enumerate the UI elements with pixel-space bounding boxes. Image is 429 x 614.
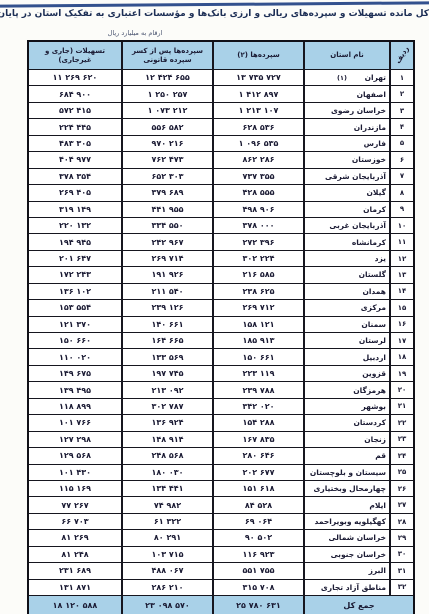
deposits-value: ۱ ۰۹۶ ۵۳۵ bbox=[212, 135, 303, 151]
province-name: فارس bbox=[303, 135, 389, 151]
deposits-after-legal-value: ۶۵۲ ۳۰۳ bbox=[121, 168, 212, 184]
deposits-value: ۱ ۲۱۳ ۱۰۷ bbox=[212, 102, 303, 118]
row-number: ۱۶ bbox=[389, 316, 413, 332]
row-number: ۳ bbox=[389, 102, 413, 118]
deposits-after-legal-value: ۲۴۸ ۵۶۸ bbox=[121, 447, 212, 463]
province-deposits-table: ردیف نام استان سپرده‌ها (۲) سپرده‌ها پس … bbox=[27, 40, 415, 614]
deposits-value: ۳۴۲ ۰۲۰ bbox=[212, 398, 303, 414]
deposits-after-legal-value: ۱۴۰ ۶۶۱ bbox=[121, 316, 212, 332]
facilities-value: ۱۰۱ ۷۶۶ bbox=[29, 414, 121, 430]
province-name: زنجان bbox=[303, 431, 389, 447]
deposits-after-legal-value: ۴۸۸ ۰۶۷ bbox=[121, 562, 212, 578]
row-number: ۲۳ bbox=[389, 431, 413, 447]
row-number: ۲۷ bbox=[389, 496, 413, 512]
deposits-value: ۵۵۱ ۷۵۵ bbox=[212, 562, 303, 578]
province-name: خوزستان bbox=[303, 151, 389, 167]
facilities-value: ۱۰۱ ۴۳۰ bbox=[29, 464, 121, 480]
facilities-value: ۱۵۰ ۶۶۰ bbox=[29, 332, 121, 348]
deposits-after-legal-value: ۲۸۶ ۲۱۰ bbox=[121, 579, 212, 595]
deposits-after-legal-value: ۱۴۸ ۹۱۴ bbox=[121, 431, 212, 447]
row-number: ۱۳ bbox=[389, 266, 413, 282]
province-name: اصفهان bbox=[303, 85, 389, 101]
province-name: تهران(۱) bbox=[303, 69, 389, 85]
facilities-value: ۴۰۴ ۹۷۷ bbox=[29, 151, 121, 167]
deposits-value: ۲۱۶ ۵۸۵ bbox=[212, 266, 303, 282]
deposits-value: ۱۵۸ ۱۲۱ bbox=[212, 316, 303, 332]
deposits-after-legal-value: ۲۱۱ ۵۴۰ bbox=[121, 283, 212, 299]
row-number: ۲۰ bbox=[389, 381, 413, 397]
row-number: ۱۹ bbox=[389, 365, 413, 381]
deposits-value: ۲۸۰ ۶۴۶ bbox=[212, 447, 303, 463]
row-number: ۱۰ bbox=[389, 217, 413, 233]
province-name: سیستان و بلوچستان bbox=[303, 464, 389, 480]
facilities-value: ۶۸۴ ۹۰۰ bbox=[29, 85, 121, 101]
province-name: قم bbox=[303, 447, 389, 463]
facilities-value: ۱۲۹ ۵۶۸ bbox=[29, 447, 121, 463]
deposits-after-legal-value: ۳۷۹ ۶۸۹ bbox=[121, 184, 212, 200]
facilities-value: ۱۲۷ ۲۹۸ bbox=[29, 431, 121, 447]
deposits-value: ۱۵۰ ۶۶۱ bbox=[212, 348, 303, 364]
row-number: ۷ bbox=[389, 168, 413, 184]
deposits-after-legal-value: ۱۹۱ ۹۲۶ bbox=[121, 266, 212, 282]
row-number: ۴ bbox=[389, 118, 413, 134]
deposits-after-legal-value: ۱۹۷ ۷۴۵ bbox=[121, 365, 212, 381]
header-row-number-label: ردیف bbox=[394, 45, 411, 65]
row-number: ۳۱ bbox=[389, 562, 413, 578]
total-deposits-after-legal-value: ۲۳ ۰۹۸ ۵۷۰ bbox=[121, 595, 212, 614]
province-name: اردبیل bbox=[303, 348, 389, 364]
row-number: ۲۵ bbox=[389, 464, 413, 480]
header-deposits-after-legal: سپرده‌ها پس از کسر سپرده قانونی bbox=[121, 42, 212, 69]
facilities-value: ۱۳۶ ۱۰۲ bbox=[29, 283, 121, 299]
province-name: خراسان جنوبی bbox=[303, 546, 389, 562]
row-number: ۲۱ bbox=[389, 398, 413, 414]
deposits-value: ۸۴ ۵۲۸ bbox=[212, 496, 303, 512]
facilities-value: ۱۲۱ ۳۷۰ bbox=[29, 316, 121, 332]
deposits-value: ۲۰۲ ۶۷۷ bbox=[212, 464, 303, 480]
deposits-after-legal-value: ۳۳۴ ۵۵۰ bbox=[121, 217, 212, 233]
deposits-value: ۱ ۴۱۲ ۸۹۷ bbox=[212, 85, 303, 101]
deposits-after-legal-value: ۷۶۲ ۴۷۳ bbox=[121, 151, 212, 167]
deposits-value: ۲۳۸ ۶۲۵ bbox=[212, 283, 303, 299]
unit-note: ارقام به میلیارد ریال bbox=[70, 29, 200, 37]
row-number: ۲۹ bbox=[389, 529, 413, 545]
deposits-after-legal-value: ۱۳۴ ۴۴۱ bbox=[121, 480, 212, 496]
deposits-value: ۱۳ ۷۳۵ ۷۲۷ bbox=[212, 69, 303, 85]
province-name: لرستان bbox=[303, 332, 389, 348]
report-title: کل مانده تسهیلات و سپرده‌های ریالی و ارز… bbox=[0, 9, 429, 19]
facilities-value: ۱۵۳ ۵۵۴ bbox=[29, 299, 121, 315]
deposits-value: ۶۹ ۰۶۴ bbox=[212, 513, 303, 529]
row-number: ۱۴ bbox=[389, 283, 413, 299]
province-name: یزد bbox=[303, 250, 389, 266]
province-name: ایلام bbox=[303, 496, 389, 512]
province-name: مرکزی bbox=[303, 299, 389, 315]
facilities-value: ۸۱ ۲۴۸ bbox=[29, 546, 121, 562]
province-name: آذربایجان غربی bbox=[303, 217, 389, 233]
row-number: ۱۱ bbox=[389, 233, 413, 249]
facilities-value: ۳۱۹ ۱۴۹ bbox=[29, 201, 121, 217]
facilities-value: ۱۱۵ ۱۶۹ bbox=[29, 480, 121, 496]
total-deposits-value: ۲۵ ۷۸۰ ۶۳۱ bbox=[212, 595, 303, 614]
row-number: ۱ bbox=[389, 69, 413, 85]
deposits-after-legal-value: ۸۰ ۲۹۱ bbox=[121, 529, 212, 545]
facilities-value: ۱۱۰ ۰۲۰ bbox=[29, 348, 121, 364]
deposits-after-legal-value: ۲۴۲ ۹۶۷ bbox=[121, 233, 212, 249]
header-facilities: تسهیلات (جاری و غیرجاری) bbox=[29, 42, 121, 69]
row-number: ۳۲ bbox=[389, 579, 413, 595]
row-number: ۳۰ bbox=[389, 546, 413, 562]
deposits-after-legal-value: ۴۴۱ ۹۵۵ bbox=[121, 201, 212, 217]
facilities-value: ۲۶۹ ۴۰۵ bbox=[29, 184, 121, 200]
deposits-after-legal-value: ۱۳۳ ۵۶۹ bbox=[121, 348, 212, 364]
province-name: کهگیلویه وبویراحمد bbox=[303, 513, 389, 529]
deposits-value: ۶۲۸ ۵۳۶ bbox=[212, 118, 303, 134]
deposits-value: ۲۲۳ ۱۱۹ bbox=[212, 365, 303, 381]
province-name: هرمزگان bbox=[303, 381, 389, 397]
header-row-number: ردیف bbox=[389, 42, 413, 69]
row-number: ۲۸ bbox=[389, 513, 413, 529]
deposits-after-legal-value: ۱ ۲۵۰ ۲۵۷ bbox=[121, 85, 212, 101]
deposits-value: ۱۵۱ ۶۱۸ bbox=[212, 480, 303, 496]
deposits-value: ۳۷۸ ۰۰۰ bbox=[212, 217, 303, 233]
row-number: ۹ bbox=[389, 201, 413, 217]
deposits-after-legal-value: ۵۵۶ ۵۸۲ bbox=[121, 118, 212, 134]
deposits-after-legal-value: ۳۰۲ ۷۸۷ bbox=[121, 398, 212, 414]
row-number: ۲۴ bbox=[389, 447, 413, 463]
row-number: ۱۸ bbox=[389, 348, 413, 364]
row-number: ۸ bbox=[389, 184, 413, 200]
facilities-value: ۸۱ ۲۶۹ bbox=[29, 529, 121, 545]
header-province-name: نام استان bbox=[303, 42, 389, 69]
total-facilities-value: ۱۸ ۱۲۰ ۵۸۸ bbox=[29, 595, 121, 614]
deposits-after-legal-value: ۱۰۳ ۷۱۵ bbox=[121, 546, 212, 562]
total-label: جمع کل bbox=[303, 595, 413, 614]
province-name: قزوین bbox=[303, 365, 389, 381]
facilities-value: ۱۳۹ ۴۹۵ bbox=[29, 381, 121, 397]
province-name: خراسان رضوی bbox=[303, 102, 389, 118]
province-name: گیلان bbox=[303, 184, 389, 200]
row-number: ۶ bbox=[389, 151, 413, 167]
facilities-value: ۱۴۹ ۶۷۵ bbox=[29, 365, 121, 381]
facilities-value: ۱۹۴ ۹۴۵ bbox=[29, 233, 121, 249]
deposits-value: ۱۸۵ ۹۱۳ bbox=[212, 332, 303, 348]
facilities-value: ۲۲۴ ۴۴۵ bbox=[29, 118, 121, 134]
row-number: ۱۲ bbox=[389, 250, 413, 266]
row-number: ۲ bbox=[389, 85, 413, 101]
facilities-value: ۳۷۸ ۳۵۴ bbox=[29, 168, 121, 184]
deposits-after-legal-value: ۱۳۶ ۹۲۴ bbox=[121, 414, 212, 430]
deposits-value: ۳۰۲ ۲۲۴ bbox=[212, 250, 303, 266]
deposits-after-legal-value: ۲۱۳ ۰۹۲ bbox=[121, 381, 212, 397]
province-name: کرمانشاه bbox=[303, 233, 389, 249]
province-name: کرمان bbox=[303, 201, 389, 217]
facilities-value: ۱۱ ۲۶۹ ۶۲۰ bbox=[29, 69, 121, 85]
province-name: آذربایجان شرقی bbox=[303, 168, 389, 184]
deposits-after-legal-value: ۲۶۹ ۷۱۴ bbox=[121, 250, 212, 266]
header-deposits: سپرده‌ها (۲) bbox=[212, 42, 303, 69]
scanned-report-page: کل مانده تسهیلات و سپرده‌های ریالی و ارز… bbox=[0, 0, 429, 614]
deposits-after-legal-value: ۲۳۹ ۱۲۶ bbox=[121, 299, 212, 315]
deposits-value: ۱۶۷ ۸۳۵ bbox=[212, 431, 303, 447]
province-name: مازندران bbox=[303, 118, 389, 134]
province-name: سمنان bbox=[303, 316, 389, 332]
deposits-value: ۱۱۶ ۹۲۳ bbox=[212, 546, 303, 562]
deposits-after-legal-value: ۷۴ ۹۸۲ bbox=[121, 496, 212, 512]
deposits-value: ۲۳۹ ۷۸۸ bbox=[212, 381, 303, 397]
row-number: ۲۶ bbox=[389, 480, 413, 496]
province-name: البرز bbox=[303, 562, 389, 578]
deposits-value: ۳۱۵ ۷۰۸ bbox=[212, 579, 303, 595]
row-number: ۵ bbox=[389, 135, 413, 151]
facilities-value: ۶۶ ۷۰۳ bbox=[29, 513, 121, 529]
row-number: ۱۷ bbox=[389, 332, 413, 348]
deposits-value: ۴۲۸ ۵۵۵ bbox=[212, 184, 303, 200]
facilities-value: ۲۲۰ ۱۳۲ bbox=[29, 217, 121, 233]
facilities-value: ۵۷۲ ۴۱۵ bbox=[29, 102, 121, 118]
province-name: گلستان bbox=[303, 266, 389, 282]
facilities-value: ۷۷ ۲۶۷ bbox=[29, 496, 121, 512]
footnote-marker: (۱) bbox=[337, 74, 347, 82]
province-name: بوشهر bbox=[303, 398, 389, 414]
deposits-after-legal-value: ۱۶۴ ۶۶۵ bbox=[121, 332, 212, 348]
deposits-value: ۴۹۸ ۹۰۶ bbox=[212, 201, 303, 217]
province-name: کردستان bbox=[303, 414, 389, 430]
deposits-value: ۱۵۴ ۲۸۸ bbox=[212, 414, 303, 430]
deposits-after-legal-value: ۹۷۰ ۲۱۶ bbox=[121, 135, 212, 151]
deposits-value: ۸۶۲ ۲۸۶ bbox=[212, 151, 303, 167]
facilities-value: ۲۳۱ ۶۸۹ bbox=[29, 562, 121, 578]
deposits-value: ۲۷۲ ۳۹۶ bbox=[212, 233, 303, 249]
deposits-value: ۷۳۷ ۳۵۵ bbox=[212, 168, 303, 184]
province-name: همدان bbox=[303, 283, 389, 299]
page-top-rule bbox=[0, 1, 429, 7]
deposits-after-legal-value: ۱ ۰۷۳ ۲۱۲ bbox=[121, 102, 212, 118]
deposits-after-legal-value: ۶۱ ۳۲۲ bbox=[121, 513, 212, 529]
province-name: مناطق آزاد تجاری bbox=[303, 579, 389, 595]
province-name: خراسان شمالی bbox=[303, 529, 389, 545]
deposits-after-legal-value: ۱۸۰ ۰۳۰ bbox=[121, 464, 212, 480]
province-name: چهارمحال وبختیاری bbox=[303, 480, 389, 496]
facilities-value: ۲۰۱ ۶۴۷ bbox=[29, 250, 121, 266]
facilities-value: ۱۳۱ ۸۷۱ bbox=[29, 579, 121, 595]
facilities-value: ۱۷۲ ۲۴۳ bbox=[29, 266, 121, 282]
deposits-value: ۹۰ ۵۰۲ bbox=[212, 529, 303, 545]
facilities-value: ۱۱۸ ۸۹۹ bbox=[29, 398, 121, 414]
row-number: ۱۵ bbox=[389, 299, 413, 315]
deposits-value: ۲۶۹ ۷۱۲ bbox=[212, 299, 303, 315]
facilities-value: ۴۸۳ ۳۰۵ bbox=[29, 135, 121, 151]
deposits-after-legal-value: ۱۲ ۴۲۴ ۶۵۵ bbox=[121, 69, 212, 85]
row-number: ۲۲ bbox=[389, 414, 413, 430]
